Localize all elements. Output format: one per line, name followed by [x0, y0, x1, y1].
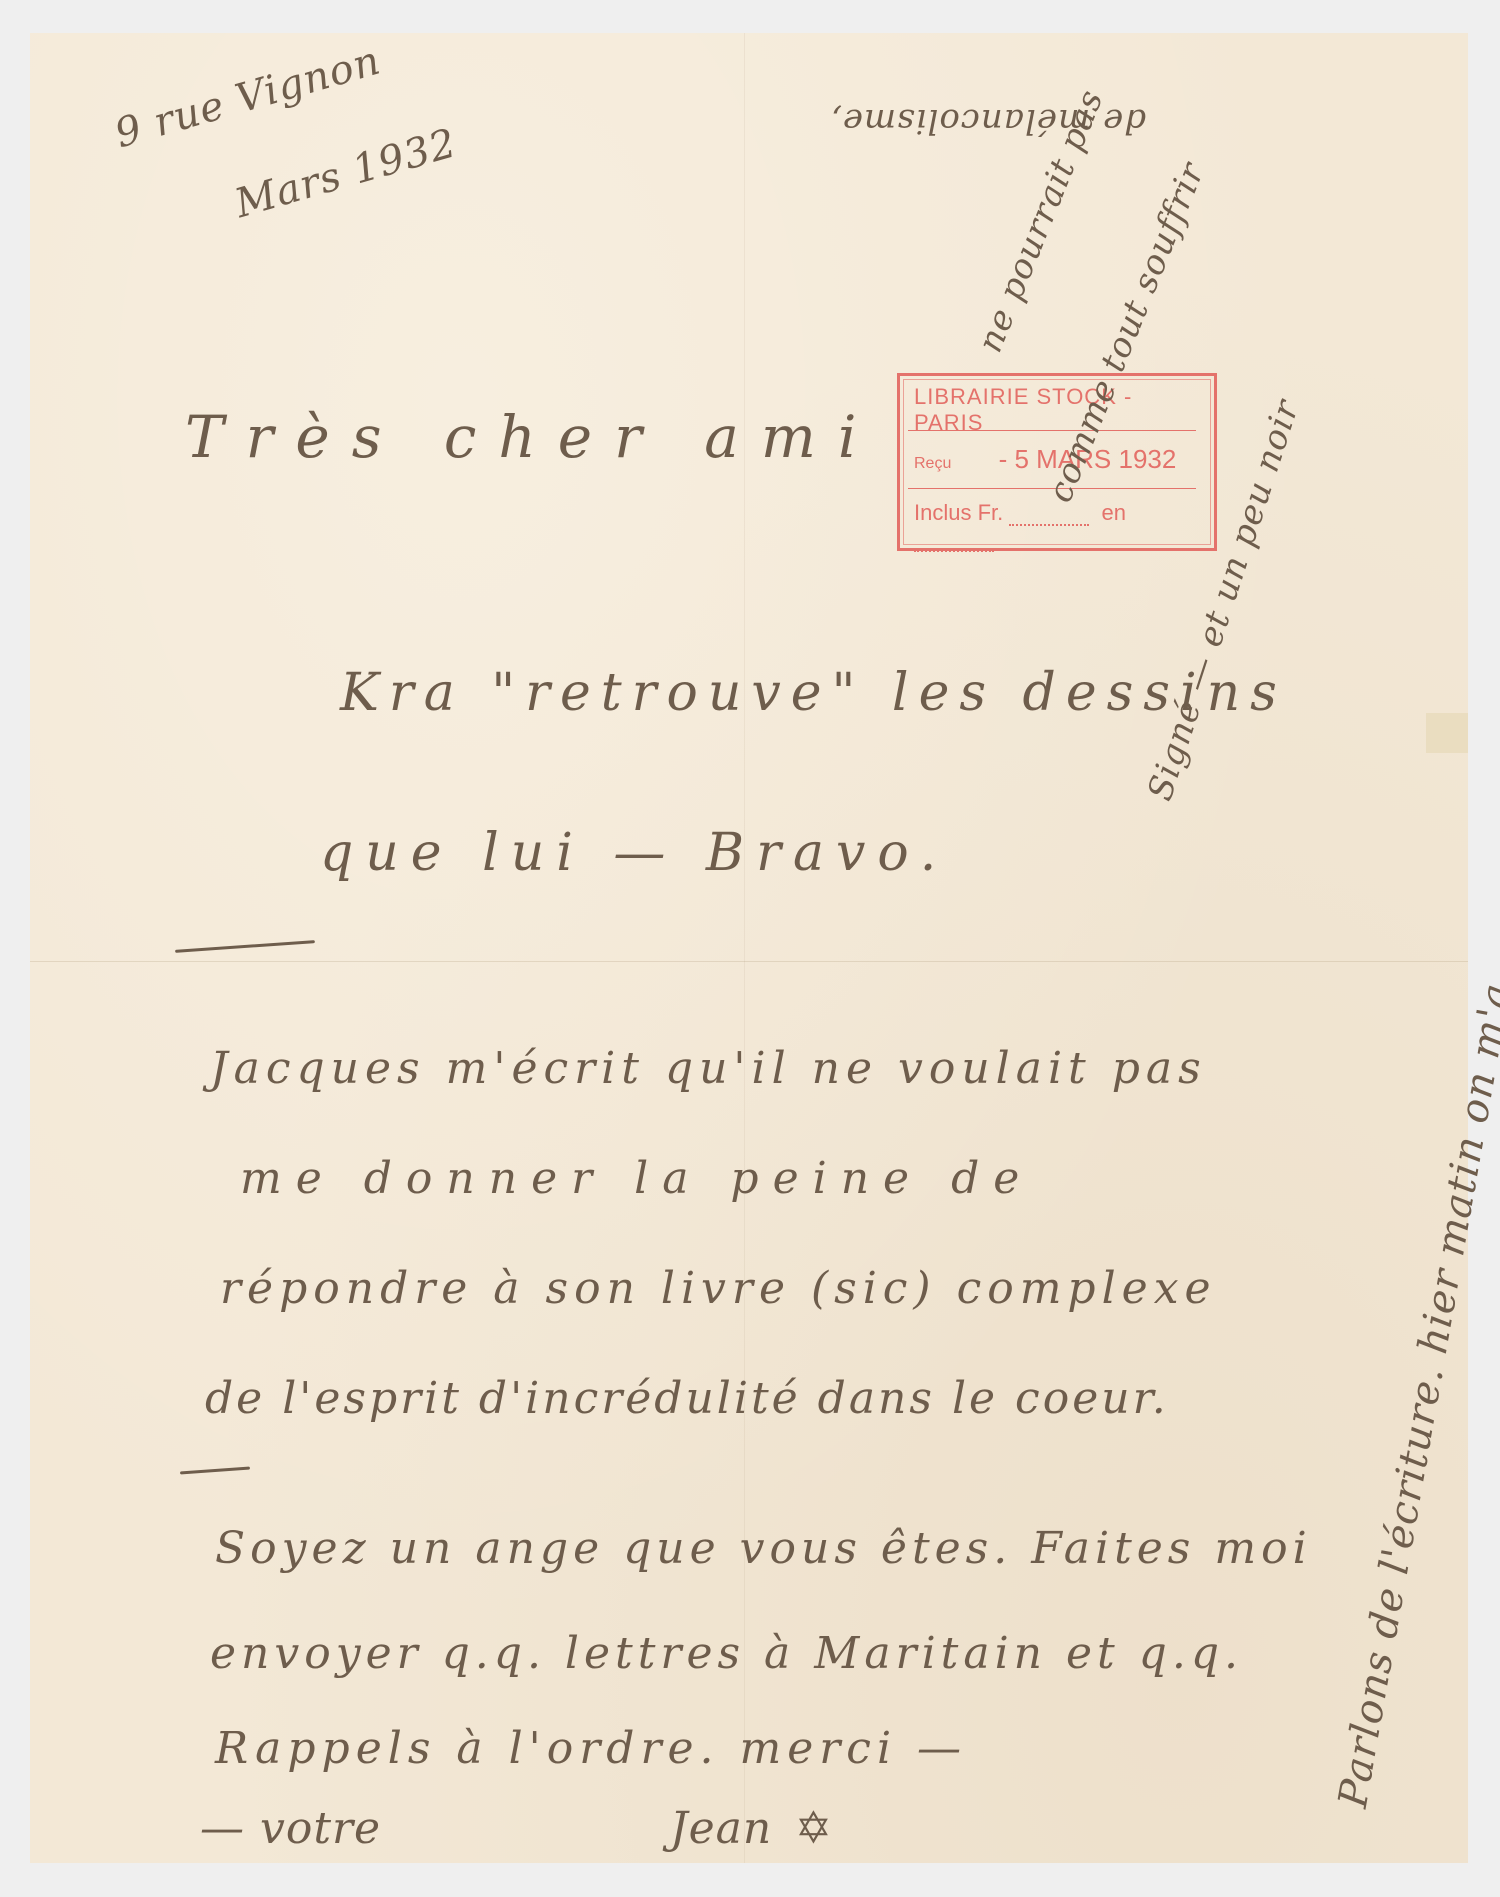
stamp-divider: [908, 430, 1196, 431]
tape-mark: [1426, 733, 1468, 753]
salutation: Très cher ami: [185, 403, 878, 471]
star-icon: ✡: [795, 1803, 833, 1854]
closing: — votre: [200, 1803, 381, 1854]
stamp-included-label: Inclus Fr.: [914, 500, 1003, 525]
margin-note-right-4: Parlons de l'écriture. hier matin on m'a: [1330, 979, 1500, 1811]
stamp-title: LIBRAIRIE STOCK - PARIS: [914, 384, 1200, 436]
letter-line-8: envoyer q.q. lettres à Maritain et q.q.: [210, 1628, 1243, 1679]
letter-line-5: répondre à son livre (sic) complexe: [220, 1263, 1217, 1314]
stamp-dotted-field: [1009, 506, 1089, 526]
stamp-included-suffix: en: [1102, 500, 1126, 525]
letter-line-3: Jacques m'écrit qu'il ne voulait pas: [210, 1043, 1207, 1094]
letter-line-9: Rappels à l'ordre. merci —: [215, 1723, 967, 1774]
letter-paper: 9 rue Vignon Mars 1932 de mélancolisme, …: [30, 33, 1468, 1863]
letter-line-4: me donner la peine de: [240, 1153, 1033, 1204]
fold-line-vertical: [744, 33, 745, 1863]
separator-dash: [180, 1467, 250, 1475]
tape-mark: [1426, 713, 1468, 733]
stamp-dotted-field: [914, 532, 994, 552]
stamp-received-label: Reçu: [914, 455, 951, 472]
fold-line-horizontal: [30, 961, 1468, 962]
stamp-included: Inclus Fr. en: [914, 500, 1200, 552]
address-line: 9 rue Vignon: [110, 38, 386, 158]
letter-line-7: Soyez un ange que vous êtes. Faites moi: [215, 1523, 1312, 1574]
date-line: Mars 1932: [230, 120, 462, 227]
flourish-line: [175, 940, 315, 953]
signature: Jean: [670, 1803, 772, 1854]
letter-line-1: Kra "retrouve" les dessins: [340, 663, 1287, 723]
letter-line-2: que lui — Bravo.: [320, 823, 948, 883]
letter-line-6: de l'esprit d'incrédulité dans le coeur.: [205, 1373, 1169, 1424]
